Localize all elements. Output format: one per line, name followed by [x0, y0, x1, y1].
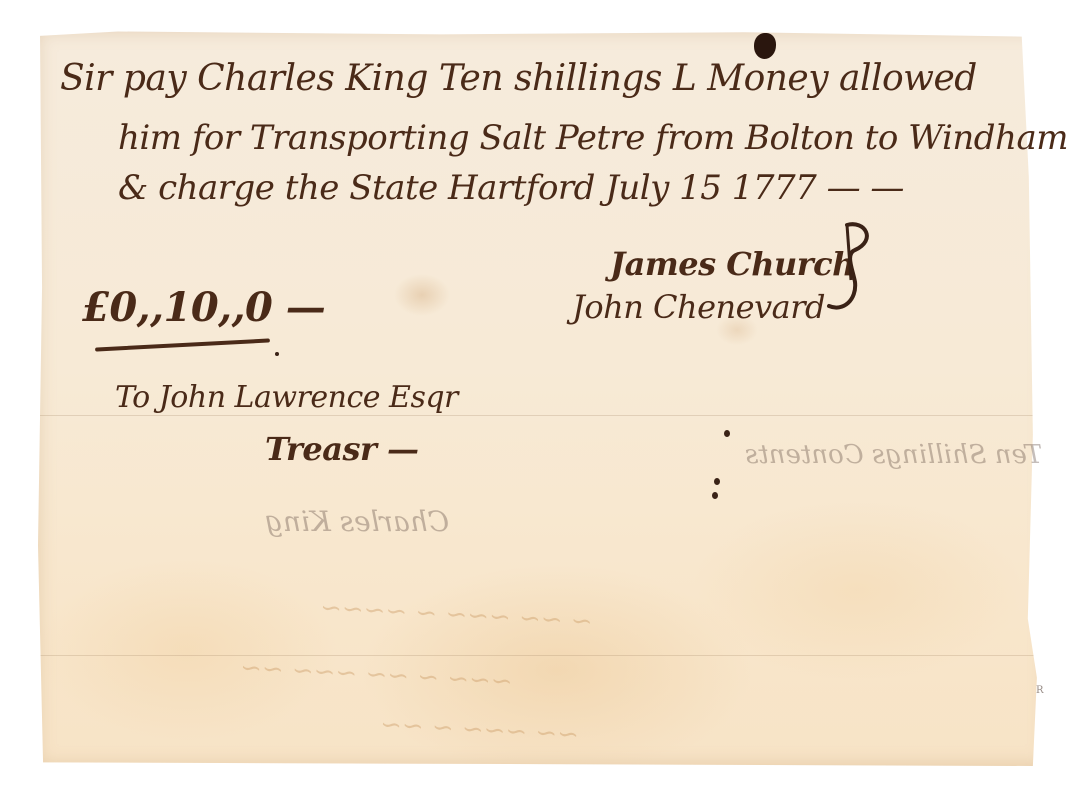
- addressee-name: To John Lawrence Esqr: [115, 380, 458, 415]
- ink-dot: [714, 478, 720, 485]
- amount-total: £0,,10,,0 —: [82, 284, 325, 331]
- document-stage: Sir pay Charles King Ten shillings L Mon…: [0, 0, 1080, 801]
- body-line-3: & charge the State Hartford July 15 1777…: [118, 168, 904, 208]
- bleed-through-text: Ten Shillings Contents: [745, 440, 1042, 470]
- addressee-title: Treasr —: [265, 430, 418, 468]
- ink-dot: [712, 492, 718, 499]
- ink-dot: [724, 430, 730, 437]
- bleed-through-text: Charles King: [265, 505, 449, 538]
- body-line-1: Sir pay Charles King Ten shillings L Mon…: [60, 58, 977, 99]
- edge-mark: R: [1036, 685, 1044, 696]
- flourish-mark-icon: [825, 220, 885, 320]
- ink-dot: [275, 352, 279, 356]
- body-line-2: him for Transporting Salt Petre from Bol…: [118, 118, 1068, 158]
- fold-line: [37, 655, 1047, 656]
- signature-james-church: James Church: [610, 245, 855, 283]
- signature-john-chenevard: John Chenevard: [572, 288, 825, 326]
- fold-line: [37, 415, 1047, 416]
